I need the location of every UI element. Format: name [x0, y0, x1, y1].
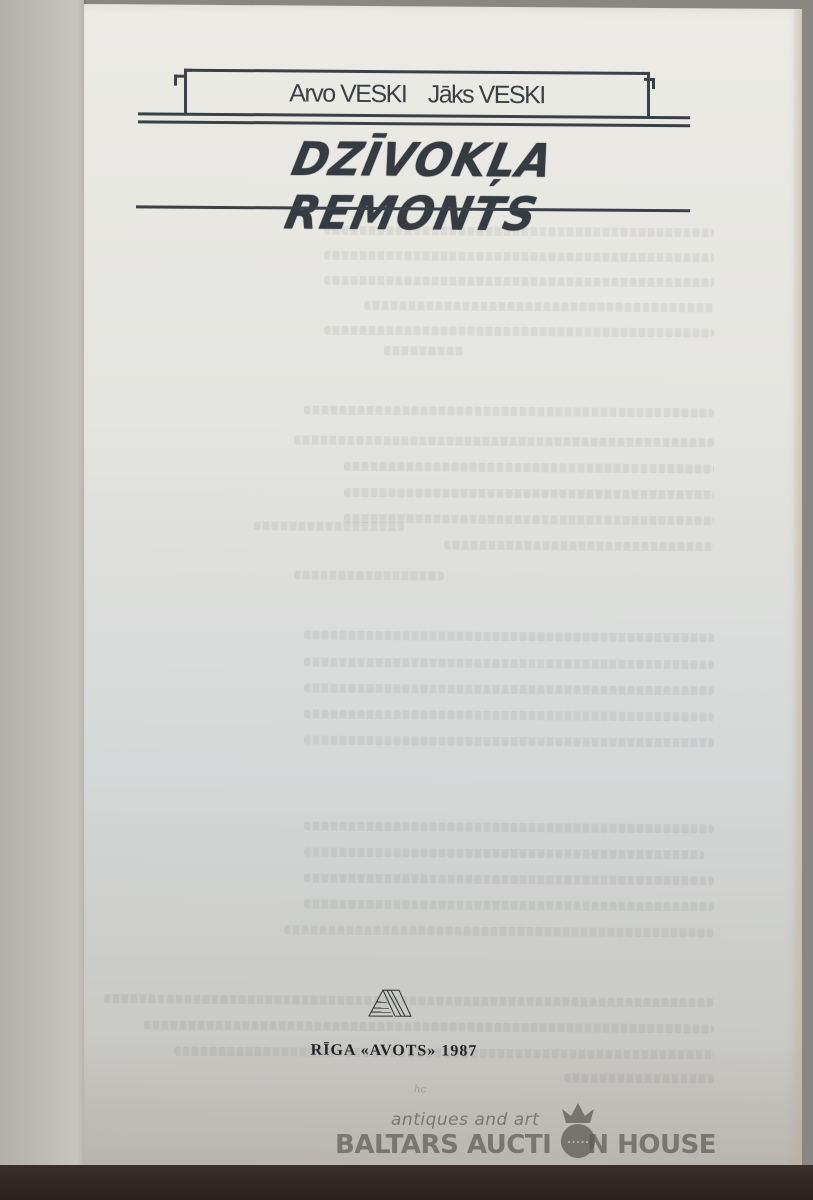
- author-1: Arvo VESKI: [289, 79, 406, 108]
- facing-page: [0, 0, 84, 1200]
- crown-orb-icon: [558, 1101, 598, 1161]
- author-line: Arvo VESKI Jāks VESKI: [184, 79, 650, 111]
- author-2: Jāks VESKI: [428, 80, 545, 109]
- pencil-annotation: hc: [414, 1084, 426, 1095]
- watermark-name-part1: BALTARS AUCTI: [335, 1130, 551, 1160]
- publisher-imprint: RĪGA «AVOTS» 1987: [294, 1041, 494, 1060]
- book-title: DZĪVOKĻA REMONTS: [171, 132, 664, 242]
- avots-logo-icon: [363, 988, 413, 1018]
- watermark-name-part2: N HOUSE: [587, 1130, 716, 1160]
- table-surface: [0, 1165, 813, 1200]
- watermark-tagline: antiques and art: [391, 1110, 539, 1130]
- title-page: Arvo VESKI Jāks VESKI DZĪVOKĻA REMONTS R…: [84, 4, 802, 1179]
- watermark-name: BALTARS AUCTIN HOUSE: [335, 1130, 716, 1160]
